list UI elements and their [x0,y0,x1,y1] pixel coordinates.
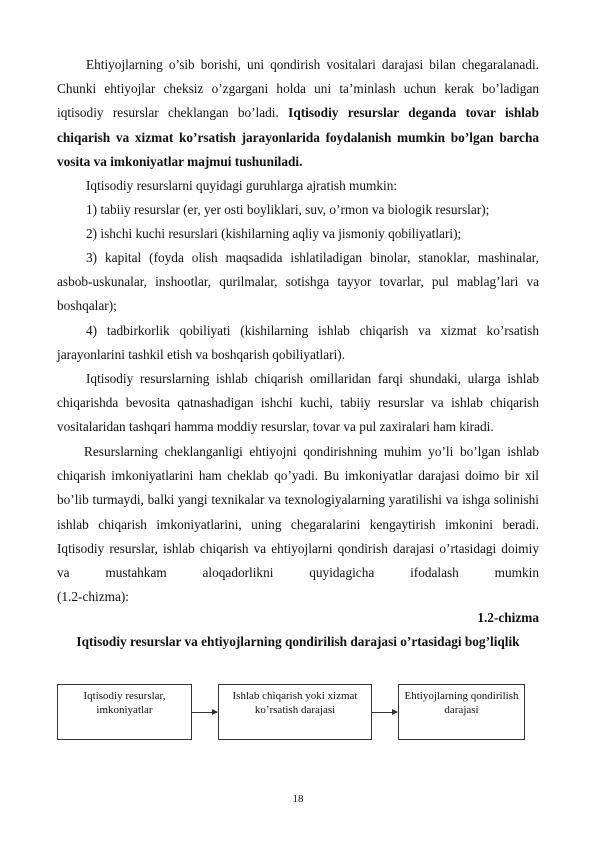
list-item: 2) ishchi kuchi resurslari (kishilarning… [57,222,539,246]
paragraph-groups-intro: Iqtisodiy resurslarni quyidagi guruhlarg… [57,174,539,198]
paragraph-limits: Resurslarning cheklanganligi ehtiyojni q… [57,440,539,585]
diagram-box-production: Ishlab chiqarish yoki xizmat ko’rsatish … [218,684,372,740]
diagram-box-needs: Ehtiyojlarning qondirilish darajasi [398,684,525,740]
figure-title: Iqtisodiy resurslar va ehtiyojlarning qo… [57,634,539,650]
list-item: 3) kapital (foyda olish maqsadida ishlat… [57,246,539,319]
figure-number: 1.2-chizma [477,610,539,626]
diagram-box-resources: Iqtisodiy resurslar, imkoniyatlar [57,684,192,740]
list-item: 4) tadbirkorlik qobiliyati (kishilarning… [57,319,539,367]
paragraph-intro: Ehtiyojlarning o’sib borishi, uni qondir… [57,53,539,174]
paragraph-difference: Iqtisodiy resurslarning ishlab chiqarish… [57,367,539,440]
list-item: 1) tabiiy resurslar (er, yer osti boylik… [57,198,539,222]
arrow-icon [192,712,217,713]
page-number: 18 [0,793,596,805]
arrow-icon [372,712,397,713]
paragraph-limits-tail: (1.2-chizma): [57,585,539,609]
